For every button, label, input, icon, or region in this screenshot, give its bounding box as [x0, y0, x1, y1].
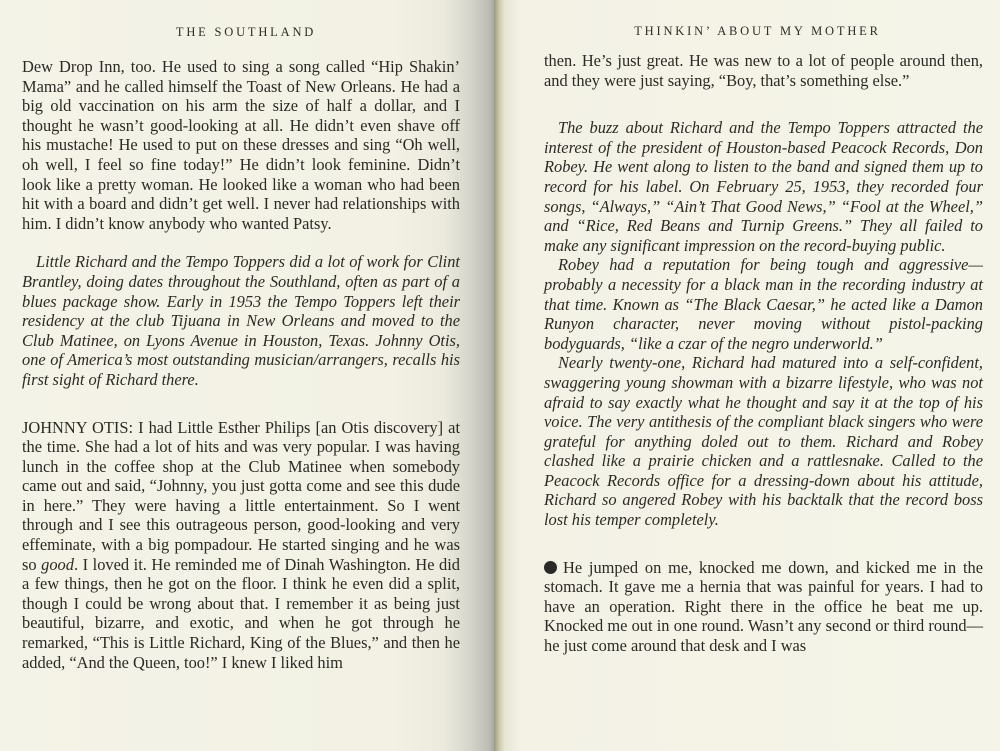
paragraph-quote-patsy: Dew Drop Inn, too. He used to sing a son… [22, 57, 460, 233]
otis-text-end: . I loved it. He reminded me of Dinah Wa… [22, 555, 460, 672]
speaker-bullet-icon [544, 561, 557, 574]
right-page: THINKIN’ ABOUT MY MOTHER then. He’s just… [494, 0, 1000, 751]
left-page: THE SOUTHLAND Dew Drop Inn, too. He used… [0, 0, 494, 751]
paragraph-quote-richard: He jumped on me, knocked me down, and ki… [544, 558, 983, 656]
book-spread: THE SOUTHLAND Dew Drop Inn, too. He used… [0, 0, 1000, 751]
richard-quote-text: He jumped on me, knocked me down, and ki… [544, 558, 983, 655]
running-head-right: THINKIN’ ABOUT MY MOTHER [544, 22, 983, 40]
left-page-body: Dew Drop Inn, too. He used to sing a son… [22, 57, 460, 672]
paragraph-narrative-tempo-toppers: Little Richard and the Tempo Toppers did… [22, 252, 460, 389]
paragraph-quote-continuation: then. He’s just great. He was new to a l… [544, 51, 983, 90]
paragraph-narrative-richard: Nearly twenty-one, Richard had matured i… [544, 353, 983, 529]
paragraph-narrative-peacock: The buzz about Richard and the Tempo Top… [544, 118, 983, 255]
paragraph-johnny-otis: JOHNNY OTIS: I had Little Esther Philips… [22, 418, 460, 673]
running-head-left: THE SOUTHLAND [22, 23, 460, 41]
paragraph-narrative-robey: Robey had a reputation for being tough a… [544, 255, 983, 353]
otis-emphasis: good [41, 555, 74, 574]
right-page-body: then. He’s just great. He was new to a l… [544, 51, 983, 656]
otis-text-start: JOHNNY OTIS: I had Little Esther Philips… [22, 418, 460, 574]
